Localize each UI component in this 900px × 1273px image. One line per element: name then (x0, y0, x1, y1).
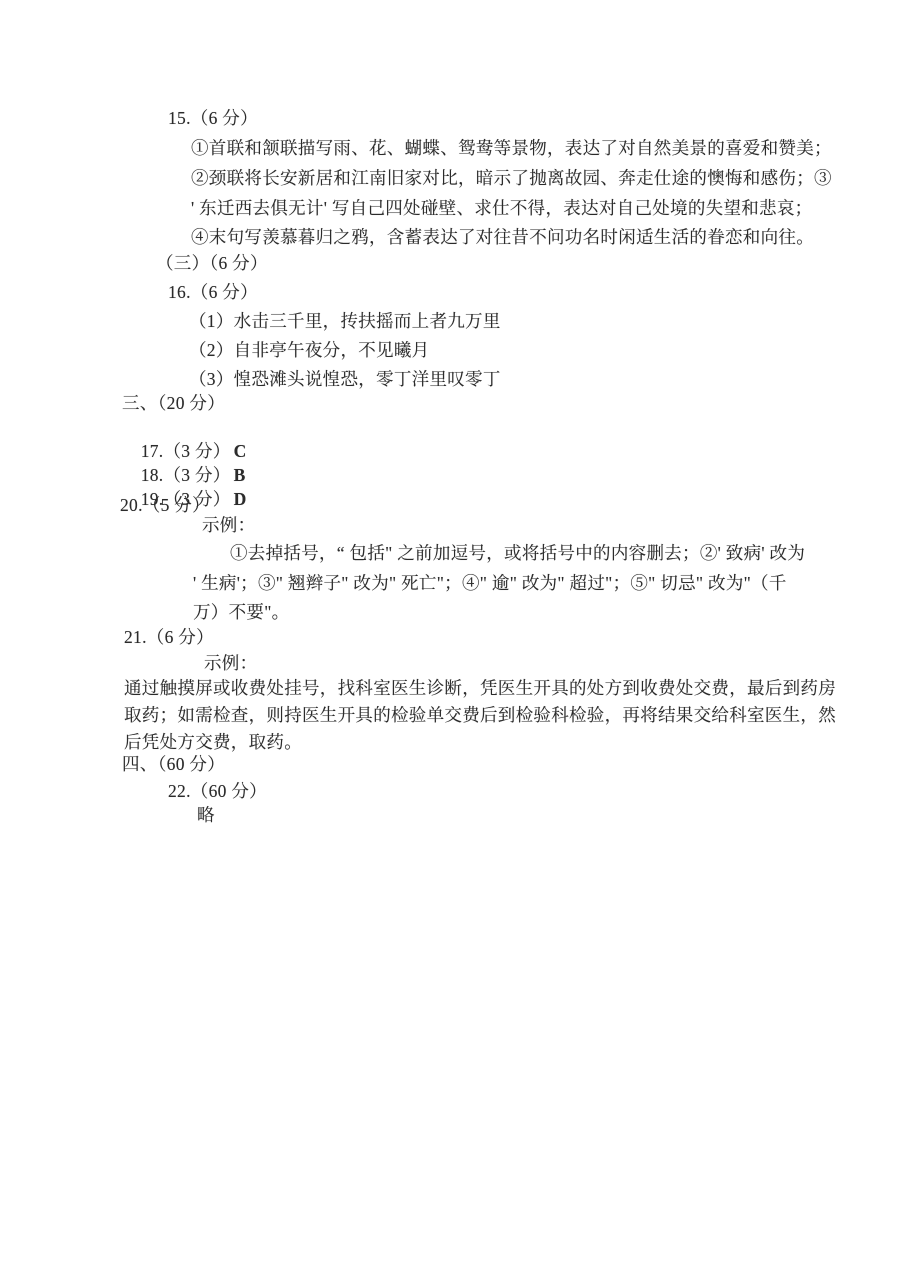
q20-header: 20.（5 分） (120, 494, 210, 516)
q20-example-line-1: ①去掉括号，“ 包括" 之前加逗号，或将括号中的内容删去；②' 致病' 改为 (230, 542, 805, 564)
q20-example-line-3: 万）不要"。 (193, 601, 289, 623)
q21-example-label: 示例： (204, 652, 257, 674)
q21-header: 21.（6 分） (124, 626, 214, 648)
q21-example-line-3: 后凭处方交费，取药。 (124, 731, 302, 753)
q21-example-line-1: 通过触摸屏或收费处挂号，找科室医生诊断，凭医生开具的处方到收费处交费，最后到药房 (124, 677, 836, 699)
q15-point-1: ①首联和颔联描写雨、花、蝴蝶、鸳鸯等景物，表达了对自然美景的喜爱和赞美； (191, 137, 832, 159)
q22-answer-omitted: 略 (197, 804, 215, 826)
q19-answer-letter: D (234, 489, 247, 509)
q16-answer-2: （2）自非亭午夜分，不见曦月 (189, 339, 429, 361)
section-4-header: 四、（60 分） (122, 753, 225, 775)
q20-example-line-2: ' 生病'；③" 翘辫子" 改为" 死亡"；④" 逾" 改为" 超过"；⑤" 切… (193, 572, 787, 594)
q21-example-line-2: 取药；如需检查，则持医生开具的检验单交费后到检验科检验，再将结果交给科室医生，然 (124, 704, 836, 726)
q15-header: 15.（6 分） (168, 107, 258, 129)
q16-header: 16.（6 分） (168, 281, 258, 303)
q15-point-4: ④末句写羡慕暮归之鸦，含蓄表达了对往昔不问功名时闲适生活的眷恋和向往。 (191, 226, 814, 248)
scanned-answer-sheet-page: 15.（6 分） ①首联和颔联描写雨、花、蝴蝶、鸳鸯等景物，表达了对自然美景的喜… (0, 0, 900, 1273)
section-3-sub-header: （三）（6 分） (156, 252, 268, 274)
q22-header: 22.（60 分） (168, 780, 267, 802)
q15-point-3: ' 东迁西去俱无计' 写自己四处碰壁、求仕不得，表达对自己处境的失望和悲哀； (191, 197, 812, 219)
q16-answer-3: （3）惶恐滩头说惶恐，零丁洋里叹零丁 (189, 368, 501, 390)
q15-point-2: ②颈联将长安新居和江南旧家对比，暗示了抛离故园、奔走仕途的懊悔和感伤；③ (191, 167, 832, 189)
section-3-header: 三、（20 分） (122, 392, 225, 414)
q20-example-label: 示例： (202, 514, 255, 536)
q16-answer-1: （1）水击三千里，抟扶摇而上者九万里 (189, 310, 501, 332)
